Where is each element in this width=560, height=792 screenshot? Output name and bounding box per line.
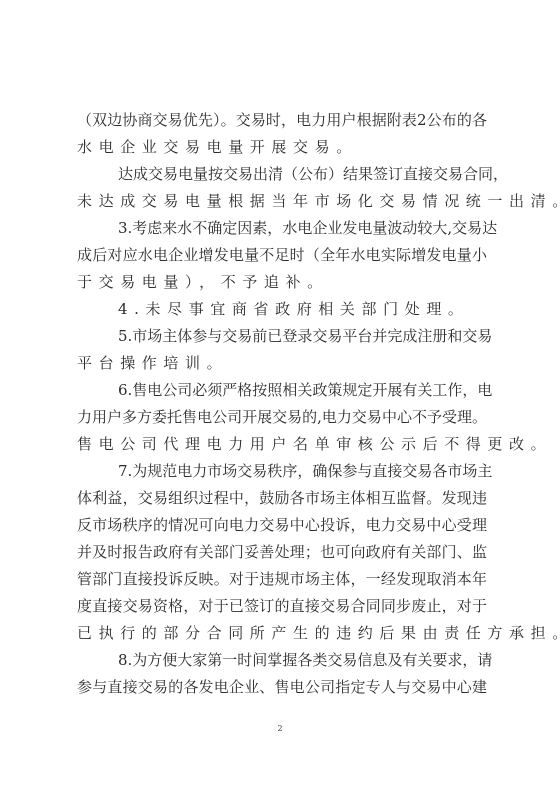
text-line: 力用户多方委托售电公司开展交易的,电力交易中心不予受理。 xyxy=(77,404,487,431)
item-7-line: 7.为规范电力市场交易秩序，确保参与直接交易各市场主 xyxy=(77,458,487,485)
text-line: 体利益，交易组织过程中，鼓励各市场主体相互监督。发现违 xyxy=(77,485,487,512)
text-line: 未达成交易电量根据当年市场化交易情况统一出清。 xyxy=(77,188,487,215)
text-line: 售电公司代理电力用户名单审核公示后不得更改。 xyxy=(77,431,487,458)
item-3-line: 3.考虑来水不确定因素，水电企业发电量波动较大,交易达 xyxy=(77,215,487,242)
page-number: 2 xyxy=(274,724,286,733)
text-line: 度直接交易资格，对于已签订的直接交易合同同步废止，对于 xyxy=(77,593,487,620)
text-line: 成后对应水电企业增发电量不足时（全年水电实际增发电量小 xyxy=(77,242,487,269)
text-line: 并及时报告政府有关部门妥善处理；也可向政府有关部门、监 xyxy=(77,539,487,566)
text-line: 平台操作培训。 xyxy=(77,350,487,377)
document-page: （双边协商交易优先）。交易时，电力用户根据附表2公布的各 水电企业交易电量开展交… xyxy=(0,0,560,792)
item-6-line: 6.售电公司必须严格按照相关政策规定开展有关工作，电 xyxy=(77,377,487,404)
text-line: 反市场秩序的情况可向电力交易中心投诉，电力交易中心受理 xyxy=(77,512,487,539)
text-line: 管部门直接投诉反映。对于违规市场主体，一经发现取消本年 xyxy=(77,566,487,593)
text-line: （双边协商交易优先）。交易时，电力用户根据附表2公布的各 xyxy=(77,107,487,134)
text-line: 已执行的部分合同所产生的违约后果由责任方承担。 xyxy=(77,620,487,647)
item-8-line: 8.为方便大家第一时间掌握各类交易信息及有关要求，请 xyxy=(77,647,487,674)
body-text: （双边协商交易优先）。交易时，电力用户根据附表2公布的各 水电企业交易电量开展交… xyxy=(77,107,487,701)
item-5-line: 5.市场主体参与交易前已登录交易平台并完成注册和交易 xyxy=(77,323,487,350)
paragraph-start-line: 达成交易电量按交易出清（公布）结果签订直接交易合同， xyxy=(77,161,487,188)
text-line: 参与直接交易的各发电企业、售电公司指定专人与交易中心建 xyxy=(77,674,487,701)
text-line: 水电企业交易电量开展交易。 xyxy=(77,134,487,161)
text-line: 于交易电量），不予追补。 xyxy=(77,269,487,296)
item-4-line: 4.未尽事宜商省政府相关部门处理。 xyxy=(77,296,487,323)
